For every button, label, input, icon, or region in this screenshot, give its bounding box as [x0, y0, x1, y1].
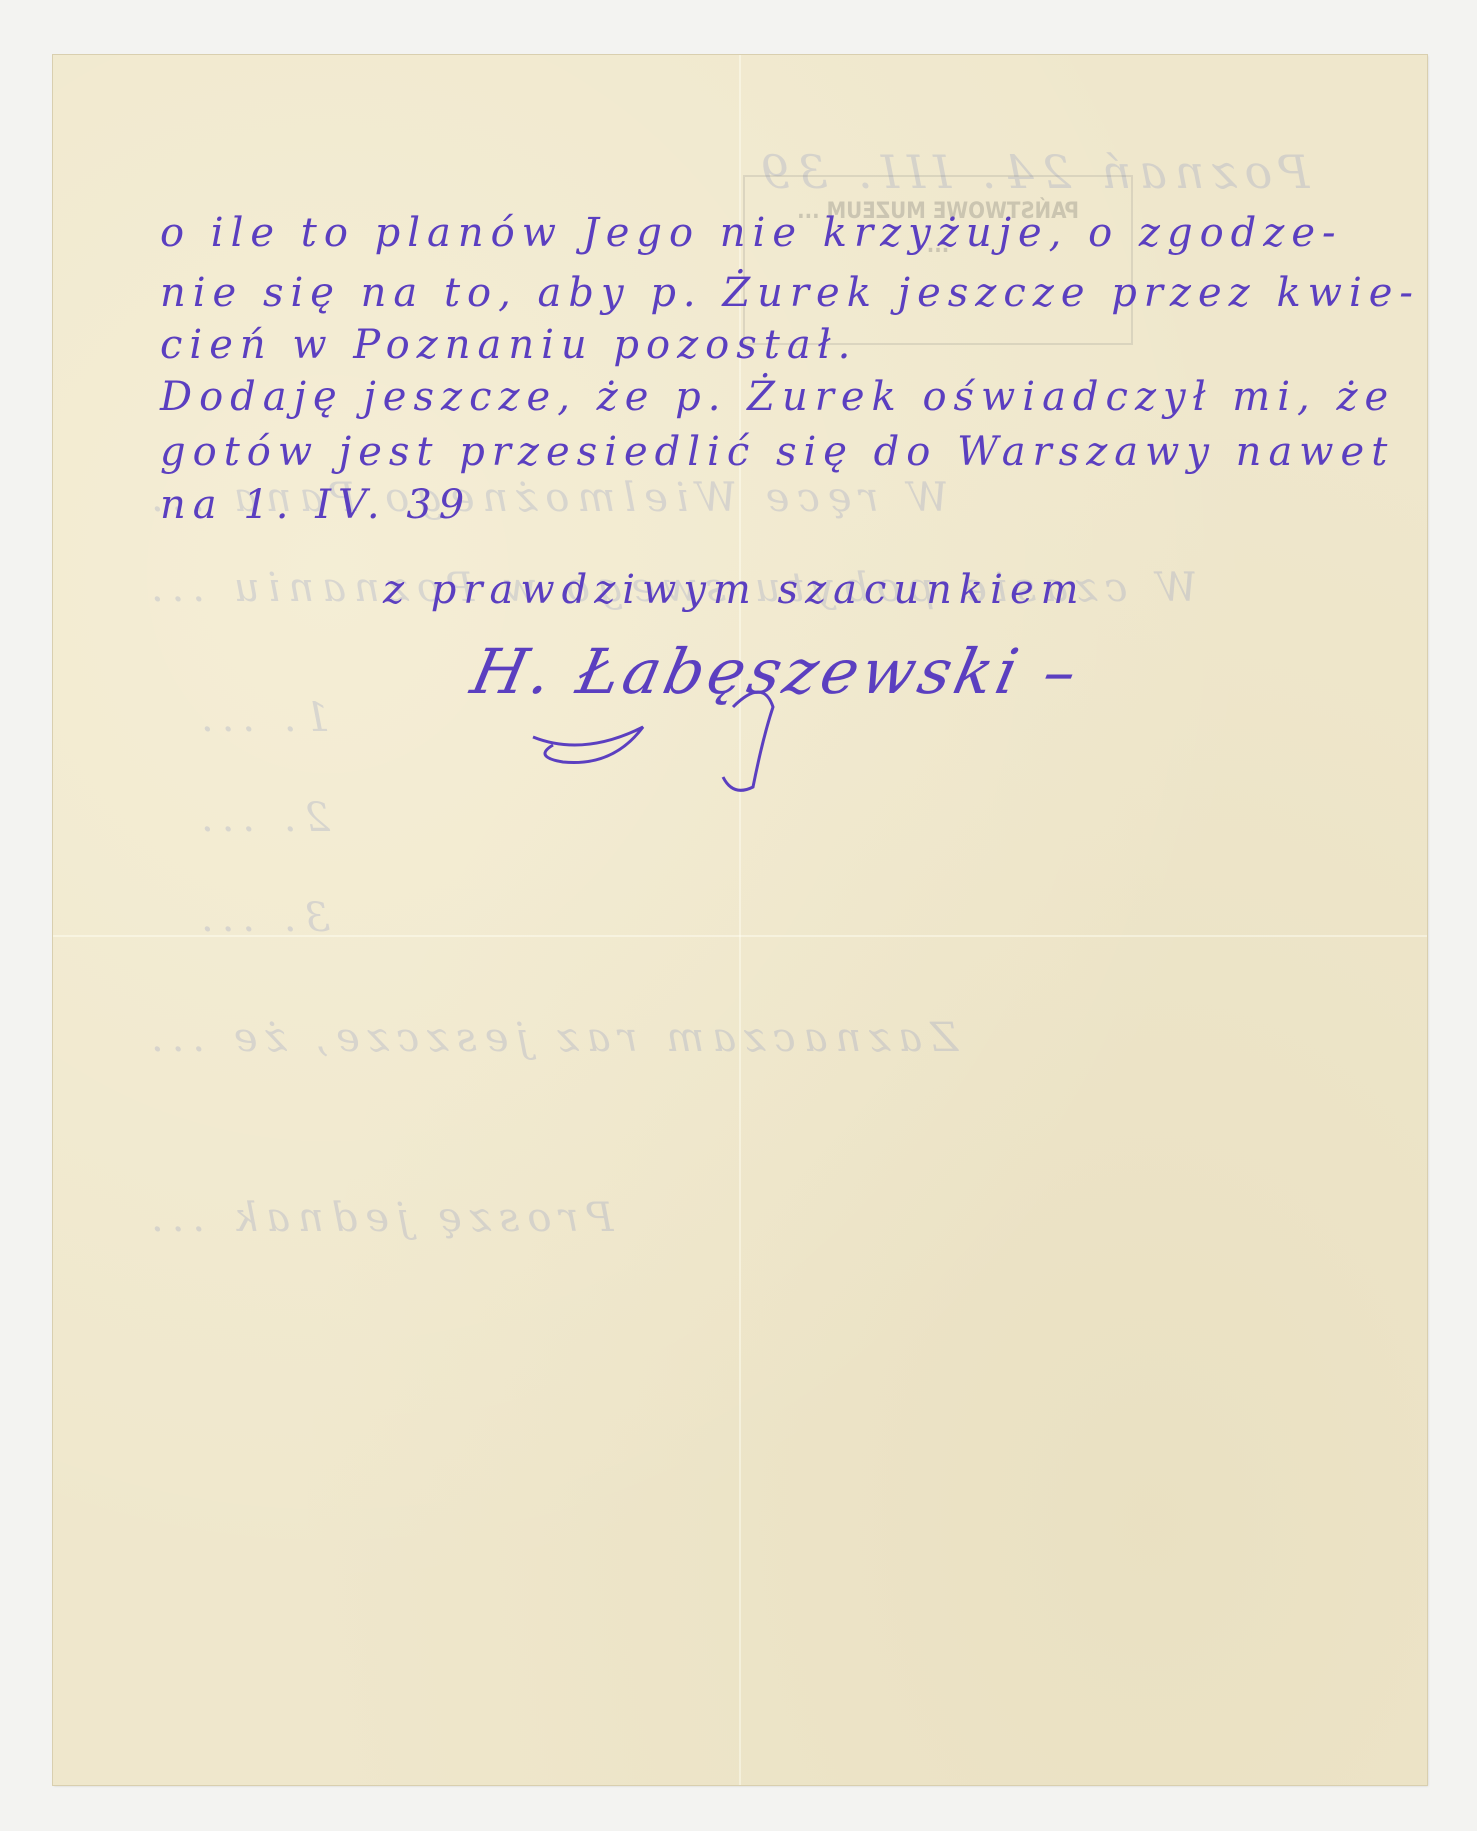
- letter-line-2: nie się na to, aby p. Żurek jeszcze prze…: [160, 273, 1420, 313]
- letter-line-4: Dodaję jeszcze, że p. Żurek oświadczył m…: [160, 377, 1395, 417]
- letter-line-3: cień w Poznaniu pozostał.: [160, 325, 857, 365]
- horizontal-fold-crease: [53, 935, 1427, 937]
- letter-line-5: gotów jest przesiedlić się do Warszawy n…: [160, 432, 1394, 472]
- bleed-line: 2. ...: [193, 795, 330, 841]
- letter-line-1: o ile to planów Jego nie krzyżuje, o zgo…: [160, 213, 1343, 253]
- bleed-line: Proszę jednak ...: [143, 1195, 614, 1241]
- signature-flourish-icon: [523, 667, 1083, 807]
- letter-closing: z prawdziwym szacunkiem: [383, 570, 1086, 610]
- reverse-stamp-bleed: PAŃSTWOWE MUZEUM ... ...: [743, 175, 1133, 345]
- letter-paper: Poznań 24. III. 39 W ręce Wielmożnego Pa…: [53, 55, 1427, 1785]
- letter-line-6: na 1. IV. 39: [160, 485, 471, 525]
- bleed-line: 1. ...: [193, 695, 330, 741]
- bleed-line: Zaznaczam raz jeszcze, że ...: [143, 1015, 958, 1061]
